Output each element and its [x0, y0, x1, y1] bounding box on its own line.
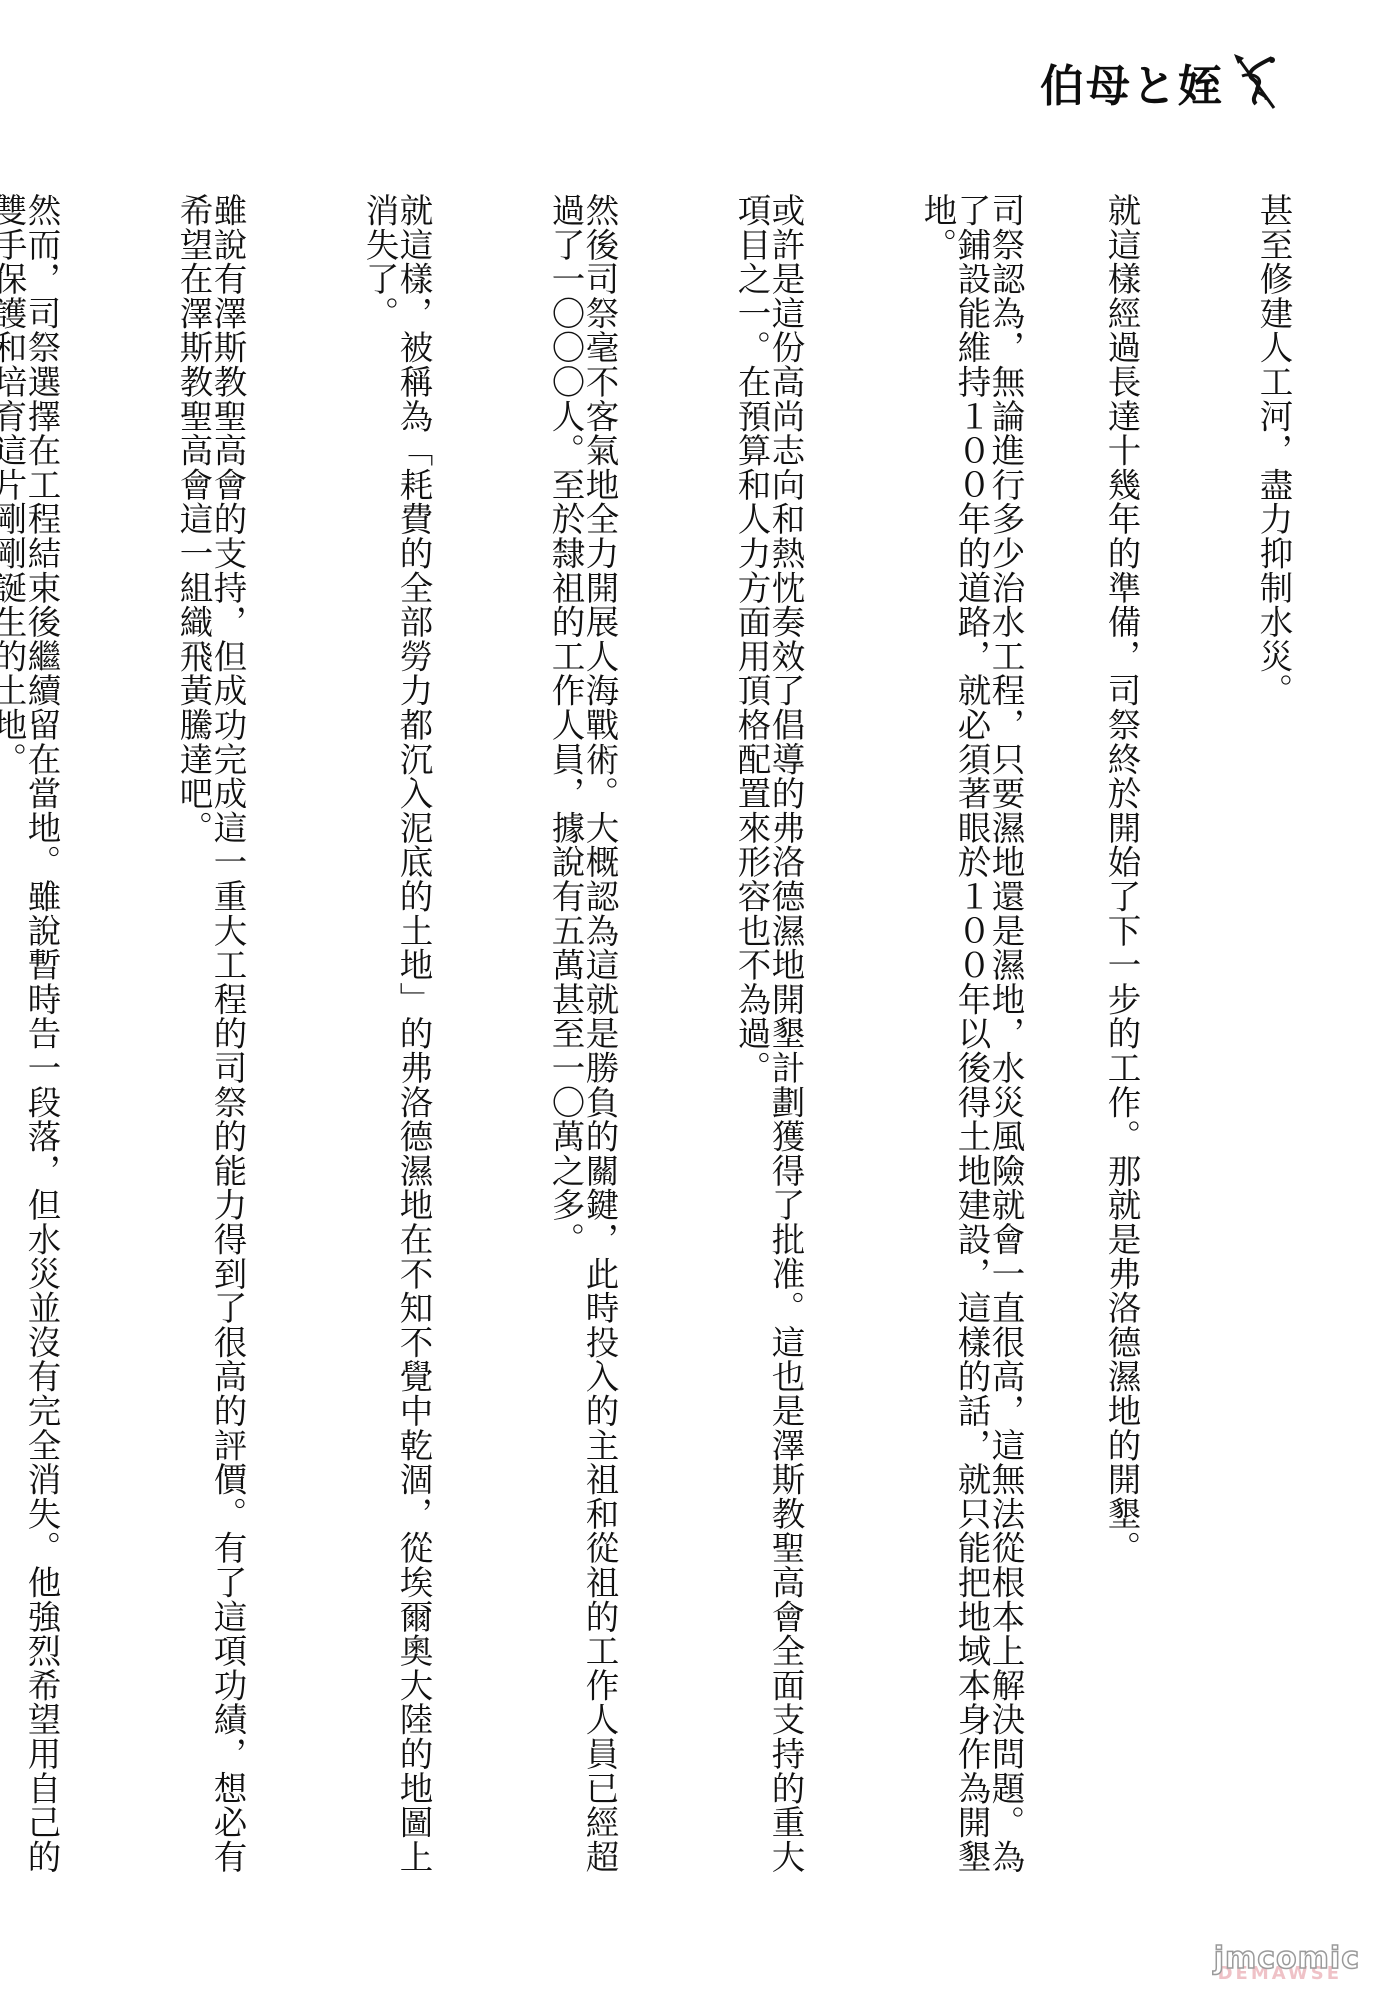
- paragraph: 然而，司祭選擇在工程結束後繼續留在當地。雖說暫時告一段落，但水災並沒有完全消失。…: [0, 193, 58, 1893]
- vertical-text-body: 甚至修建人工河，盡力抑制水災。 就這樣經過長達十幾年的準備，司祭終於開始了下一步…: [0, 193, 1290, 1893]
- paragraph: 就這樣，被稱為「耗費的全部勞力都沉入泥底的土地」的弗洛德濕地在不知不覺中乾涸，從…: [362, 193, 430, 1893]
- paragraph: 甚至修建人工河，盡力抑制水災。: [1256, 193, 1290, 1893]
- paragraph: 司祭認為，無論進行多少治水工程，只要濕地還是濕地，水災風險就會一直很高，這無法從…: [920, 193, 1022, 1893]
- caduceus-icon: [1232, 54, 1280, 110]
- paragraph: 或許是這份高尚志向和熱忱奏效了倡導的弗洛德濕地開墾計劃獲得了批准。這也是澤斯教聖…: [734, 193, 802, 1893]
- paragraph: 然後司祭毫不客氣地全力開展人海戰術。大概認為這就是勝負的關鍵，此時投入的主祖和從…: [548, 193, 616, 1893]
- paragraph: 雖說有澤斯教聖高會的支持，但成功完成這一重大工程的司祭的能力得到了很高的評價。有…: [176, 193, 244, 1893]
- page-header: 伯母と姪: [1040, 50, 1280, 114]
- book-title: 伯母と姪: [1040, 50, 1224, 114]
- paragraph: 就這樣經過長達十幾年的準備，司祭終於開始了下一步的工作。那就是弗洛德濕地的開墾。: [1104, 193, 1138, 1893]
- watermark-logo: jmcomic: [1214, 1941, 1360, 1976]
